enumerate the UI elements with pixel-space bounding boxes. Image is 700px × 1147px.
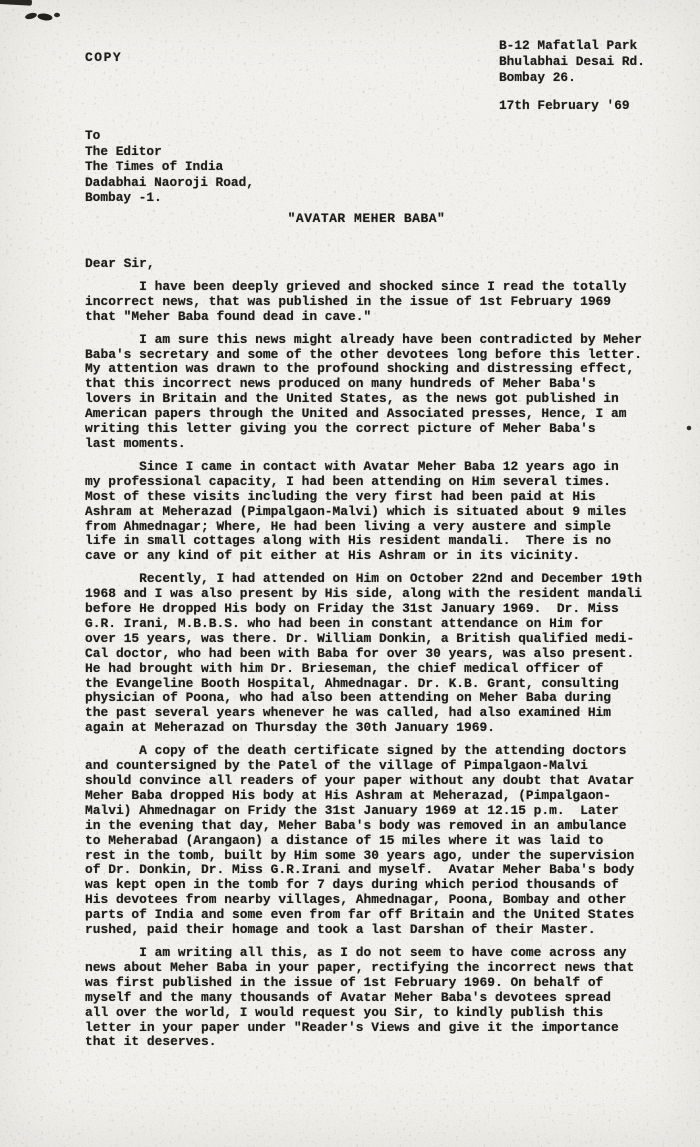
sender-address: B-12 Mafatlal Park Bhulabhai Desai Rd. B… [499,38,645,86]
copy-label: COPY [85,50,122,65]
letter-body: Dear Sir, I have been deeply grieved and… [85,257,651,1050]
paragraph: Since I came in contact with Avatar Mehe… [85,460,651,564]
salutation: Dear Sir, [85,257,651,272]
paragraph: Recently, I had attended on Him on Octob… [85,572,651,736]
letter-page: COPY B-12 Mafatlal Park Bhulabhai Desai … [0,0,700,1147]
subject-line: "AVATAR MEHER BABA" [85,211,648,226]
paragraph: I have been deeply grieved and shocked s… [85,280,651,325]
paragraph: I am writing all this, as I do not seem … [85,946,651,1050]
paragraph: I am sure this news might already have b… [85,333,651,452]
letter-date: 17th February '69 [499,98,630,113]
stray-ink-dot [683,422,695,434]
paragraph: A copy of the death certificate signed b… [85,744,651,938]
recipient-address: To The Editor The Times of India Dadabha… [85,128,254,206]
ink-smudge [0,0,90,30]
